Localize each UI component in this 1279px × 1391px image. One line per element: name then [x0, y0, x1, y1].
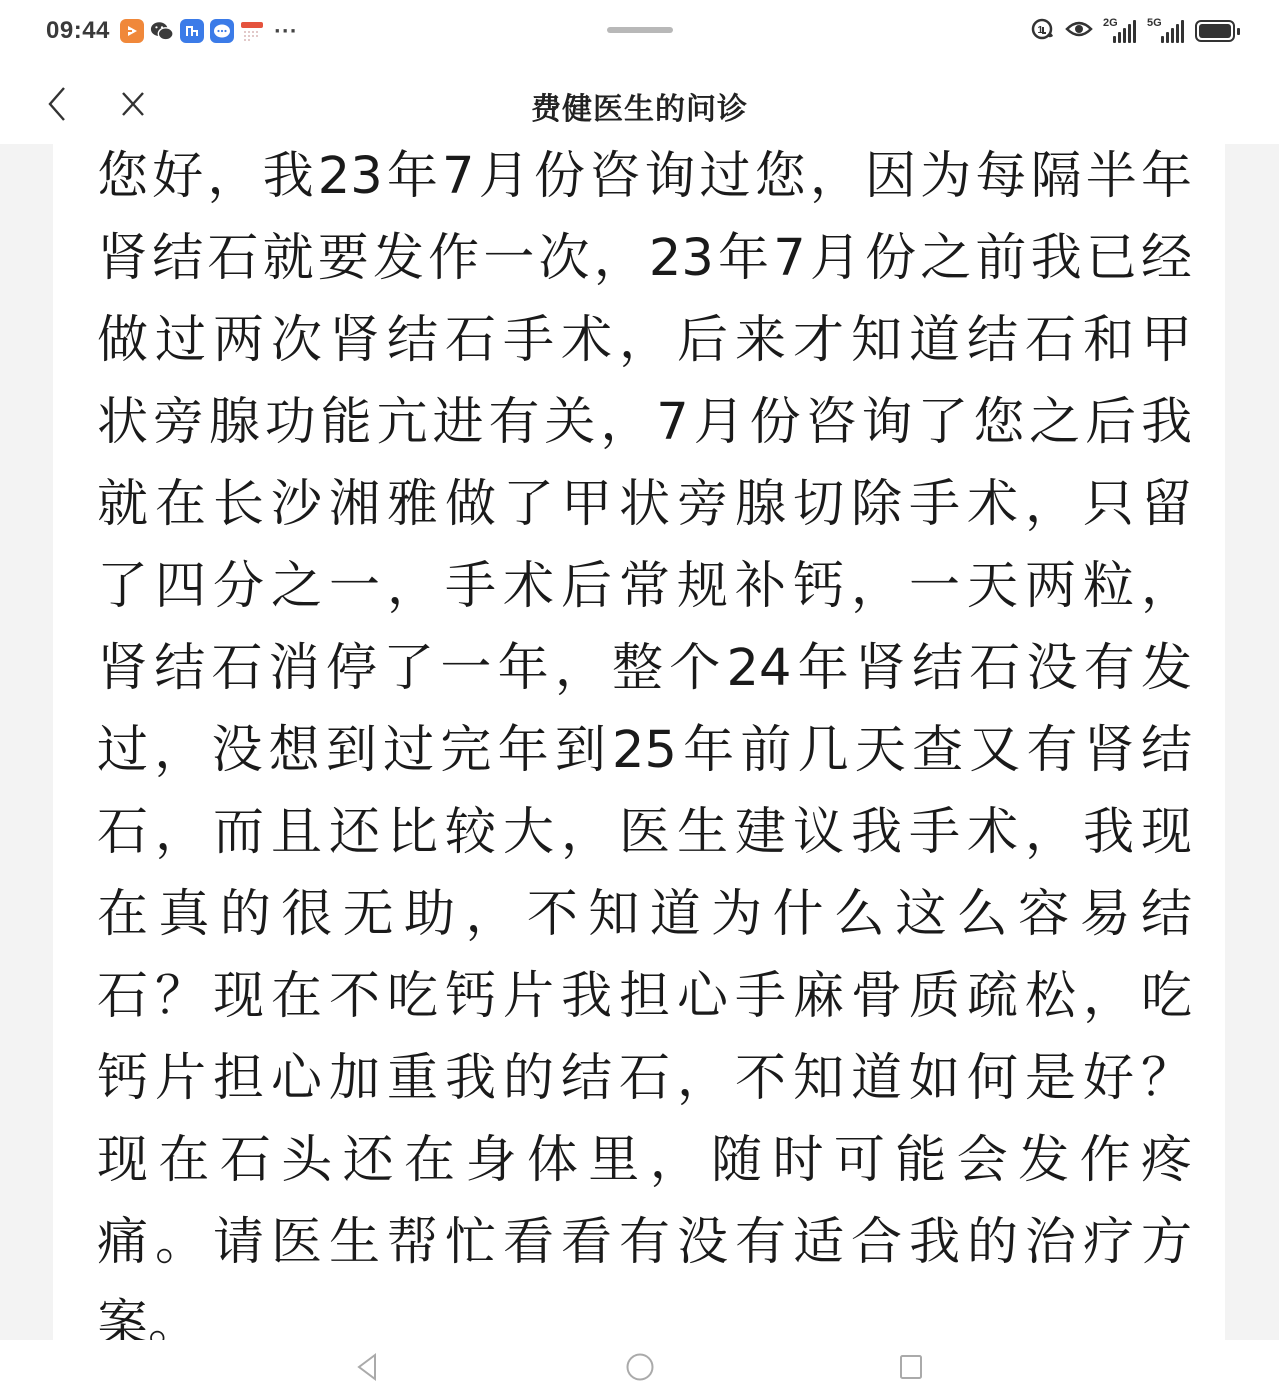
top-nav-bar: 费健医生的问诊 — [0, 64, 1279, 144]
data-saver-icon: 1 — [1031, 17, 1055, 45]
message-line: 您好，我23年7月份咨询过您，因为每隔半年 — [97, 144, 1192, 218]
message-card: 您好，我23年7月份咨询过您，因为每隔半年 肾结石就要发作一次，23年7月份之前… — [53, 144, 1225, 1340]
message-line: 在真的很无助，不知道为什么这么容易结 — [97, 874, 1192, 956]
message-line: 就在长沙湘雅做了甲状旁腺切除手术，只留 — [97, 464, 1192, 546]
eye-comfort-icon — [1065, 19, 1093, 43]
drag-handle[interactable] — [607, 27, 673, 33]
message-line: 钙片担心加重我的结石，不知道如何是好？ — [97, 1038, 1192, 1120]
system-navigation-bar — [0, 1340, 1279, 1391]
content-area[interactable]: 您好，我23年7月份咨询过您，因为每隔半年 肾结石就要发作一次，23年7月份之前… — [0, 144, 1279, 1340]
page-title: 费健医生的问诊 — [0, 84, 1279, 128]
circle-home-icon — [625, 1352, 655, 1382]
signal-5g-icon: 5G — [1147, 19, 1185, 43]
status-bar: 09:44 ··· 1 2G 5G — [0, 0, 1279, 64]
calendar-icon — [240, 19, 264, 43]
message-line: 肾结石消停了一年，整个24年肾结石没有发 — [97, 628, 1192, 710]
blue-app-icon — [180, 19, 204, 43]
message-line: 案。 — [97, 1284, 1192, 1340]
more-notifications-icon: ··· — [274, 21, 298, 42]
video-app-icon — [120, 19, 144, 43]
status-left: 09:44 ··· — [46, 17, 297, 45]
message-line: 做过两次肾结石手术，后来才知道结石和甲 — [97, 300, 1192, 382]
message-line: 痛。请医生帮忙看看有没有适合我的治疗方 — [97, 1202, 1192, 1284]
message-line: 过，没想到过完年到25年前几天查又有肾结 — [97, 710, 1192, 792]
message-bubble-icon — [210, 19, 234, 43]
message-line: 石？现在不吃钙片我担心手麻骨质疏松，吃 — [97, 956, 1192, 1038]
square-recents-icon — [898, 1353, 924, 1381]
clock: 09:44 — [46, 17, 110, 45]
message-line: 肾结石就要发作一次，23年7月份之前我已经 — [97, 218, 1192, 300]
signal-2g-icon: 2G — [1103, 19, 1137, 43]
status-right: 1 2G 5G — [1031, 17, 1235, 45]
wechat-icon — [150, 19, 174, 43]
system-recents-button[interactable] — [894, 1350, 928, 1384]
message-line: 现在石头还在身体里，随时可能会发作疼 — [97, 1120, 1192, 1202]
message-line: 了四分之一，手术后常规补钙，一天两粒， — [97, 546, 1192, 628]
message-line: 石，而且还比较大，医生建议我手术，我现 — [97, 792, 1192, 874]
battery-icon — [1195, 20, 1235, 42]
message-line: 状旁腺功能亢进有关，7月份咨询了您之后我 — [97, 382, 1192, 464]
consultation-message: 您好，我23年7月份咨询过您，因为每隔半年 肾结石就要发作一次，23年7月份之前… — [97, 144, 1192, 1340]
system-home-button[interactable] — [623, 1350, 657, 1384]
system-back-button[interactable] — [350, 1350, 384, 1384]
triangle-back-icon — [355, 1353, 379, 1381]
